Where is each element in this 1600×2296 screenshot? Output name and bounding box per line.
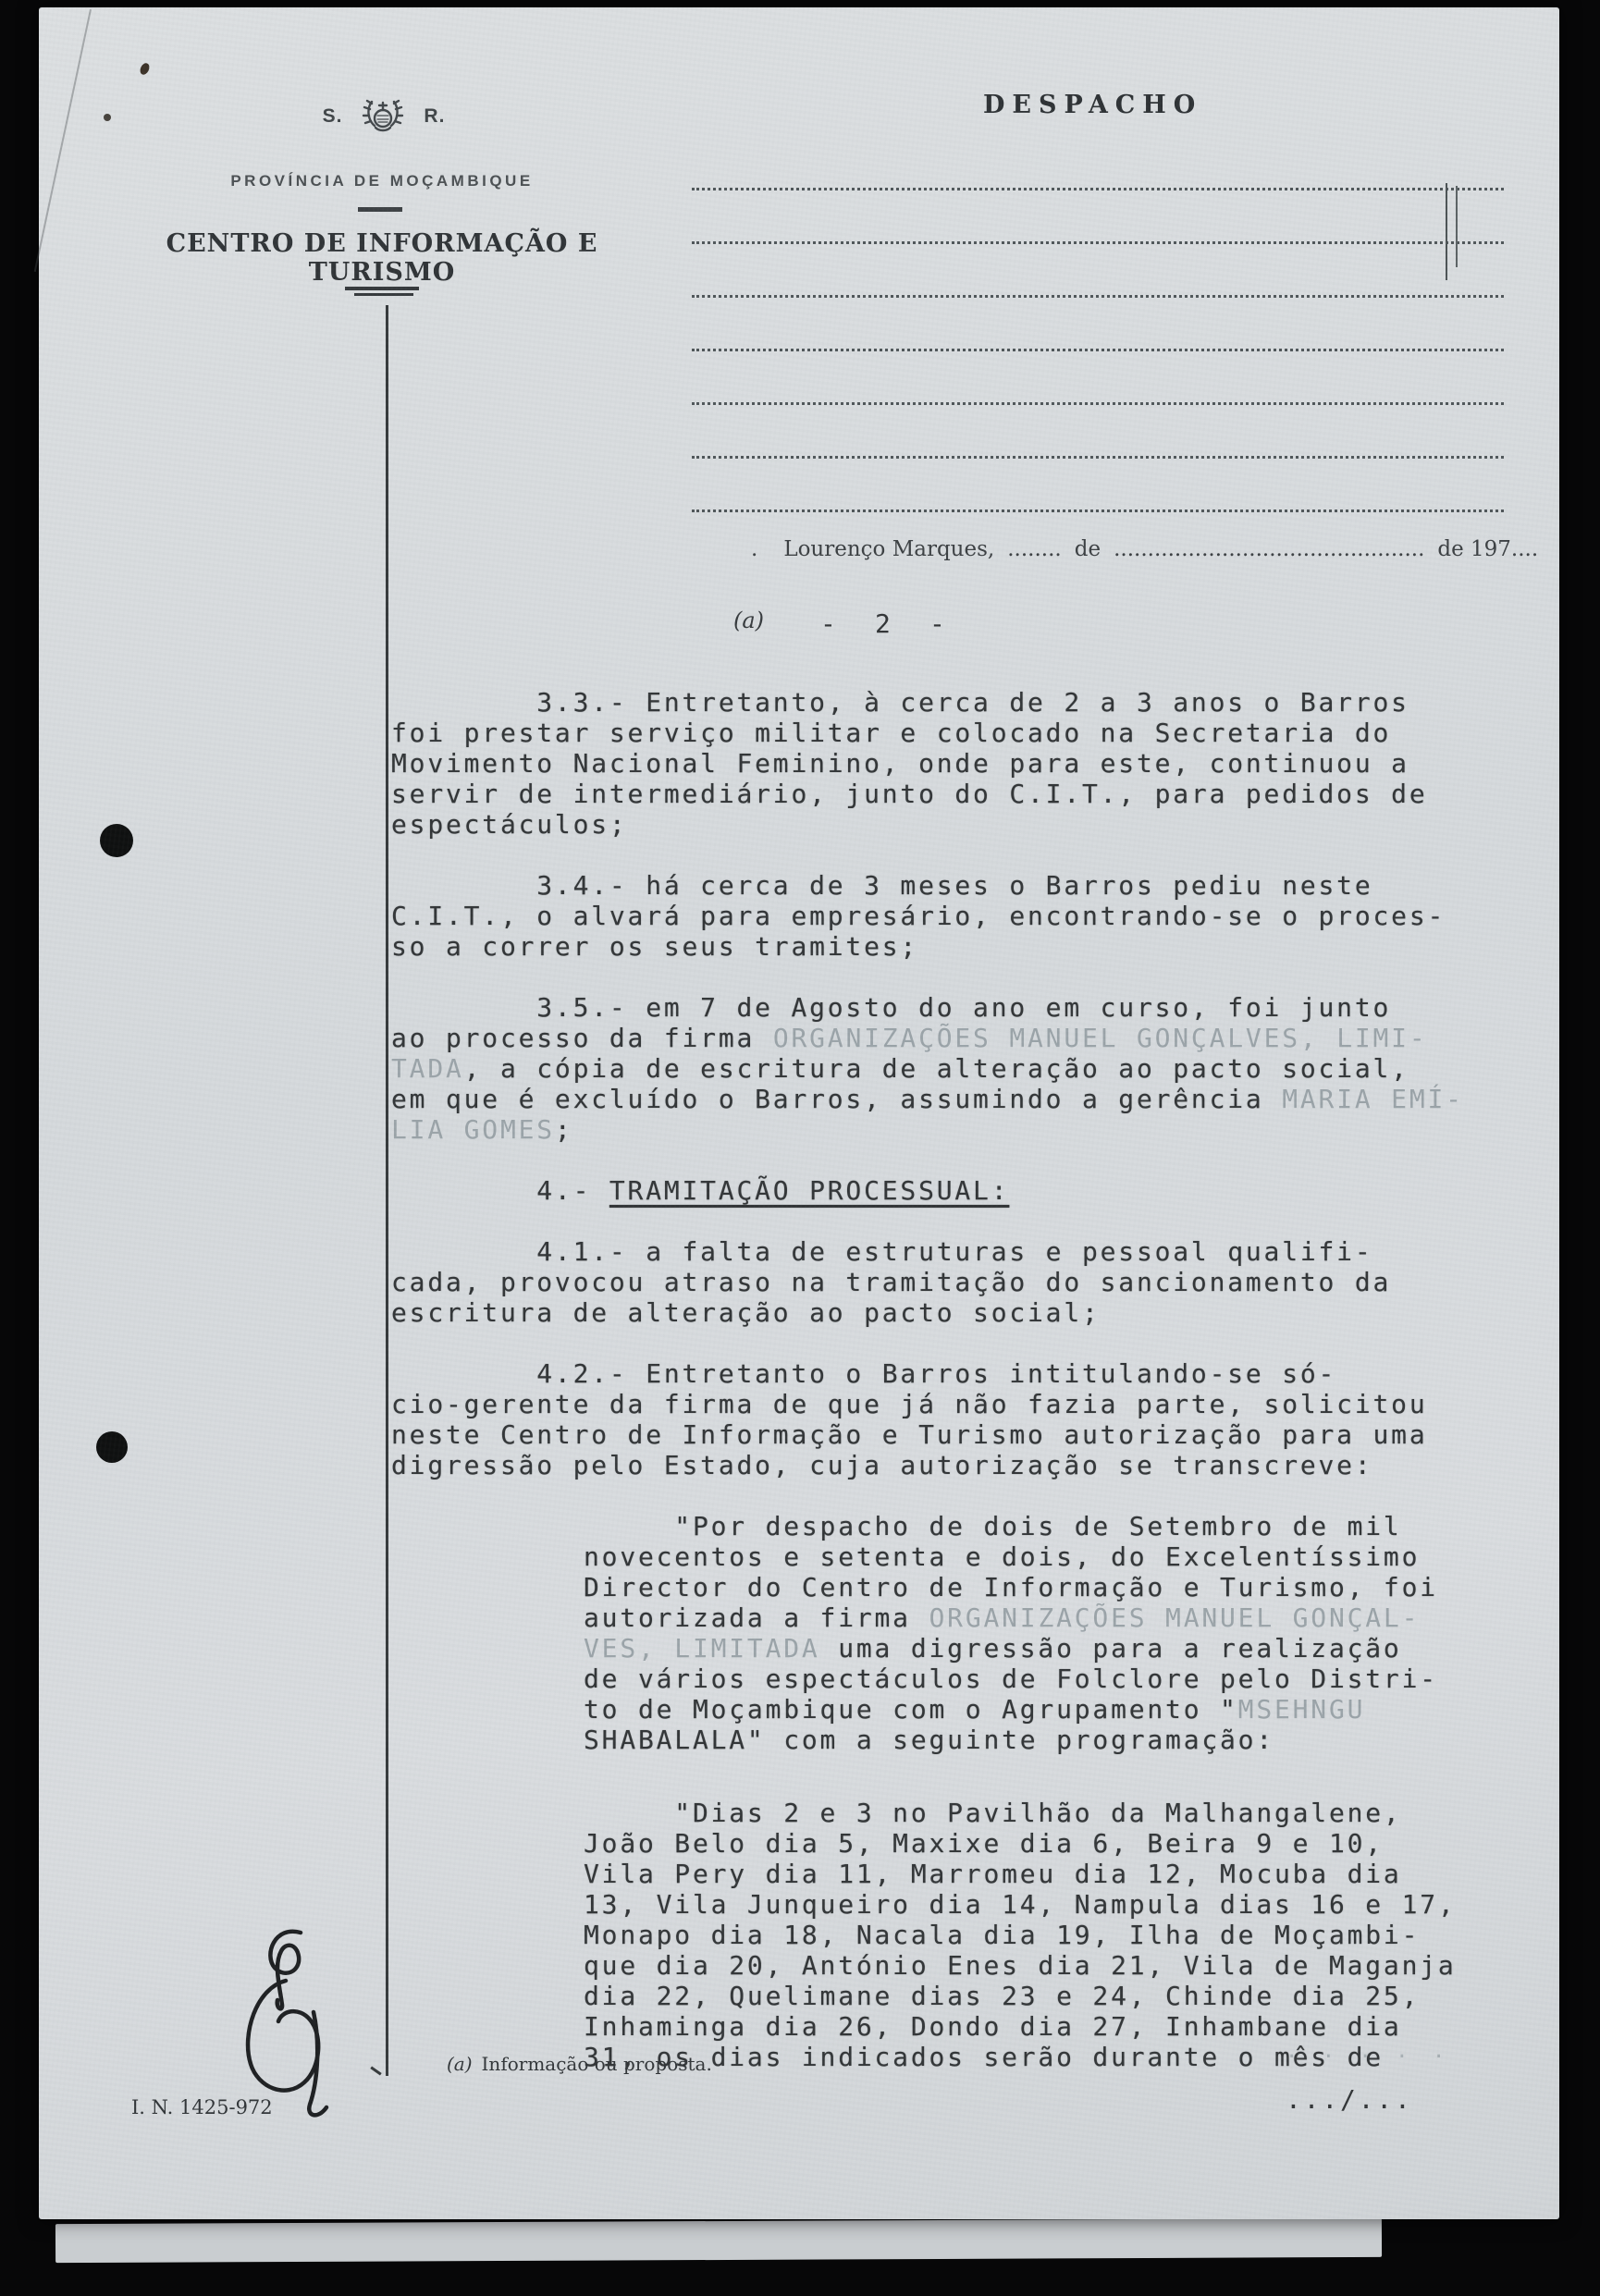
quote-authorization: "Por despacho de dois de Setembro de mil… (584, 1511, 1543, 1755)
letterhead-initials: S. R. (254, 91, 513, 142)
footnote-text: Informação ou proposta. (482, 2053, 712, 2075)
para-3-4: 3.4.- há cerca de 3 meses o Barros pediu… (391, 870, 1543, 962)
para-3-3: 3.3.- Entretanto, à cerca de 2 a 3 anos … (391, 687, 1543, 840)
body-line: que dia 20, António Enes dia 21, Vila de… (584, 1950, 1543, 1981)
dateline-place: Lourenço Marques, (783, 537, 994, 561)
body-line: TADA, a cópia de escritura de alteração … (391, 1053, 1543, 1084)
letterhead-initial-right: R. (424, 105, 445, 128)
scan-speck (104, 114, 111, 121)
body-line: VES, LIMITADA uma digressão para a reali… (584, 1633, 1543, 1664)
left-margin-rule-hook (370, 2067, 381, 2076)
punch-hole-bottom (96, 1431, 128, 1463)
office-underline-top (345, 287, 419, 290)
body-line: Inhaminga dia 26, Dondo dia 27, Inhamban… (584, 2011, 1543, 2042)
province-title: PROVÍNCIA DE MOÇAMBIQUE (197, 172, 567, 190)
dateline-dots-short: ........ (1007, 537, 1062, 561)
body-line: João Belo dia 5, Maxixe dia 6, Beira 9 e… (584, 1828, 1543, 1859)
dateline-dots-long: ........................................… (1114, 537, 1424, 561)
body-line: SHABALALA" com a seguinte programação: (584, 1725, 1543, 1755)
body-line: ao processo da firma ORGANIZAÇÕES MANUEL… (391, 1023, 1543, 1053)
despacho-dotted-lines (692, 137, 1504, 512)
dateline-de-2: de 197.... (1437, 537, 1538, 561)
office-underline-bottom (354, 293, 413, 296)
body-line: Director do Centro de Informação e Turis… (584, 1572, 1543, 1602)
signature (228, 1923, 349, 2127)
underlying-sheet-edge (55, 2218, 1382, 2263)
dateline: .Lourenço Marques,........de............… (751, 537, 1538, 561)
body-line: espectáculos; (391, 809, 1543, 840)
body-line: cio-gerente da firma de que já não fazia… (391, 1389, 1543, 1419)
body-line: em que é excluído o Barros, assumindo a … (391, 1084, 1543, 1114)
dotted-line (692, 244, 1504, 298)
body-line: so a correr os seus tramites; (391, 931, 1543, 962)
dateline-stray-dot: . (751, 537, 757, 561)
heading-4: 4.- TRAMITAÇÃO PROCESSUAL: (391, 1175, 1543, 1206)
body-line: "Dias 2 e 3 no Pavilhão da Malhangalene, (584, 1798, 1543, 1828)
despacho-title: DESPACHO (983, 91, 1202, 119)
coat-of-arms-icon (357, 91, 409, 142)
body-line: 4.- TRAMITAÇÃO PROCESSUAL: (391, 1175, 1543, 1206)
scanned-page-background: S. R. PROVÍNCIA DE MOÇAMBIQUE CENTRO DE … (0, 0, 1600, 2296)
body-line: Vila Pery dia 11, Marromeu dia 12, Mocub… (584, 1859, 1543, 1889)
page-number: - 2 - (820, 608, 948, 639)
scan-scratch (34, 9, 92, 272)
faint-dots: . . . . . (1286, 2040, 1445, 2063)
dotted-line (692, 405, 1504, 459)
body-line: C.I.T., o alvará para empresário, encont… (391, 901, 1543, 931)
body-line: 3.4.- há cerca de 3 meses o Barros pediu… (391, 870, 1543, 901)
body-line: servir de intermediário, junto do C.I.T.… (391, 779, 1543, 809)
body-line: autorizada a firma ORGANIZAÇÕES MANUEL G… (584, 1602, 1543, 1633)
dotted-line (692, 298, 1504, 351)
margin-tick-2 (1456, 186, 1458, 267)
para-4-2: 4.2.- Entretanto o Barros intitulando-se… (391, 1358, 1543, 1480)
body-line: foi prestar serviço militar e colocado n… (391, 718, 1543, 748)
dotted-line (692, 351, 1504, 405)
left-margin-rule (386, 305, 388, 2076)
footnote-label: (a) (447, 2053, 473, 2075)
body-line: escritura de alteração ao pacto social; (391, 1297, 1543, 1328)
footnote: (a)Informação ou proposta. (447, 2053, 712, 2075)
body-line: novecentos e setenta e dois, do Excelent… (584, 1541, 1543, 1572)
dotted-line (692, 459, 1504, 512)
body-text: 3.3.- Entretanto, à cerca de 2 a 3 anos … (391, 687, 1543, 2103)
body-line: 13, Vila Junqueiro dia 14, Nampula dias … (584, 1889, 1543, 1920)
dateline-de-1: de (1075, 537, 1101, 561)
annotation-label: (a) (733, 608, 764, 633)
body-line: Monapo dia 18, Nacala dia 19, Ilha de Mo… (584, 1920, 1543, 1950)
para-3-5: 3.5.- em 7 de Agosto do ano em curso, fo… (391, 992, 1543, 1145)
body-line: "Por despacho de dois de Setembro de mil (584, 1511, 1543, 1541)
province-underline (358, 207, 402, 212)
body-line: neste Centro de Informação e Turismo aut… (391, 1419, 1543, 1450)
para-4-1: 4.1.- a falta de estruturas e pessoal qu… (391, 1236, 1543, 1328)
body-line: 4.2.- Entretanto o Barros intitulando-se… (391, 1358, 1543, 1389)
punch-hole-top (100, 824, 133, 857)
body-line: dia 22, Quelimane dias 23 e 24, Chinde d… (584, 1981, 1543, 2011)
body-line: to de Moçambique com o Agrupamento "MSEH… (584, 1694, 1543, 1725)
body-line: 3.3.- Entretanto, à cerca de 2 a 3 anos … (391, 687, 1543, 718)
dotted-line (692, 137, 1504, 190)
quote-programme: "Dias 2 e 3 no Pavilhão da Malhangalene,… (584, 1798, 1543, 2072)
scan-speck (139, 62, 152, 77)
continuation-mark: .../... (1286, 2084, 1413, 2115)
body-line: de vários espectáculos de Folclore pelo … (584, 1664, 1543, 1694)
dotted-line (692, 190, 1504, 244)
body-line: Movimento Nacional Feminino, onde para e… (391, 748, 1543, 779)
body-line: cada, provocou atraso na tramitação do s… (391, 1267, 1543, 1297)
margin-tick-1 (1446, 183, 1447, 280)
body-line: LIA GOMES; (391, 1114, 1543, 1145)
office-title: CENTRO DE INFORMAÇÃO E TURISMO (128, 229, 636, 287)
letterhead-initial-left: S. (323, 105, 343, 128)
document-page: S. R. PROVÍNCIA DE MOÇAMBIQUE CENTRO DE … (39, 7, 1559, 2219)
body-line: 3.5.- em 7 de Agosto do ano em curso, fo… (391, 992, 1543, 1023)
body-line: 4.1.- a falta de estruturas e pessoal qu… (391, 1236, 1543, 1267)
body-line: digressão pelo Estado, cuja autorização … (391, 1450, 1543, 1480)
